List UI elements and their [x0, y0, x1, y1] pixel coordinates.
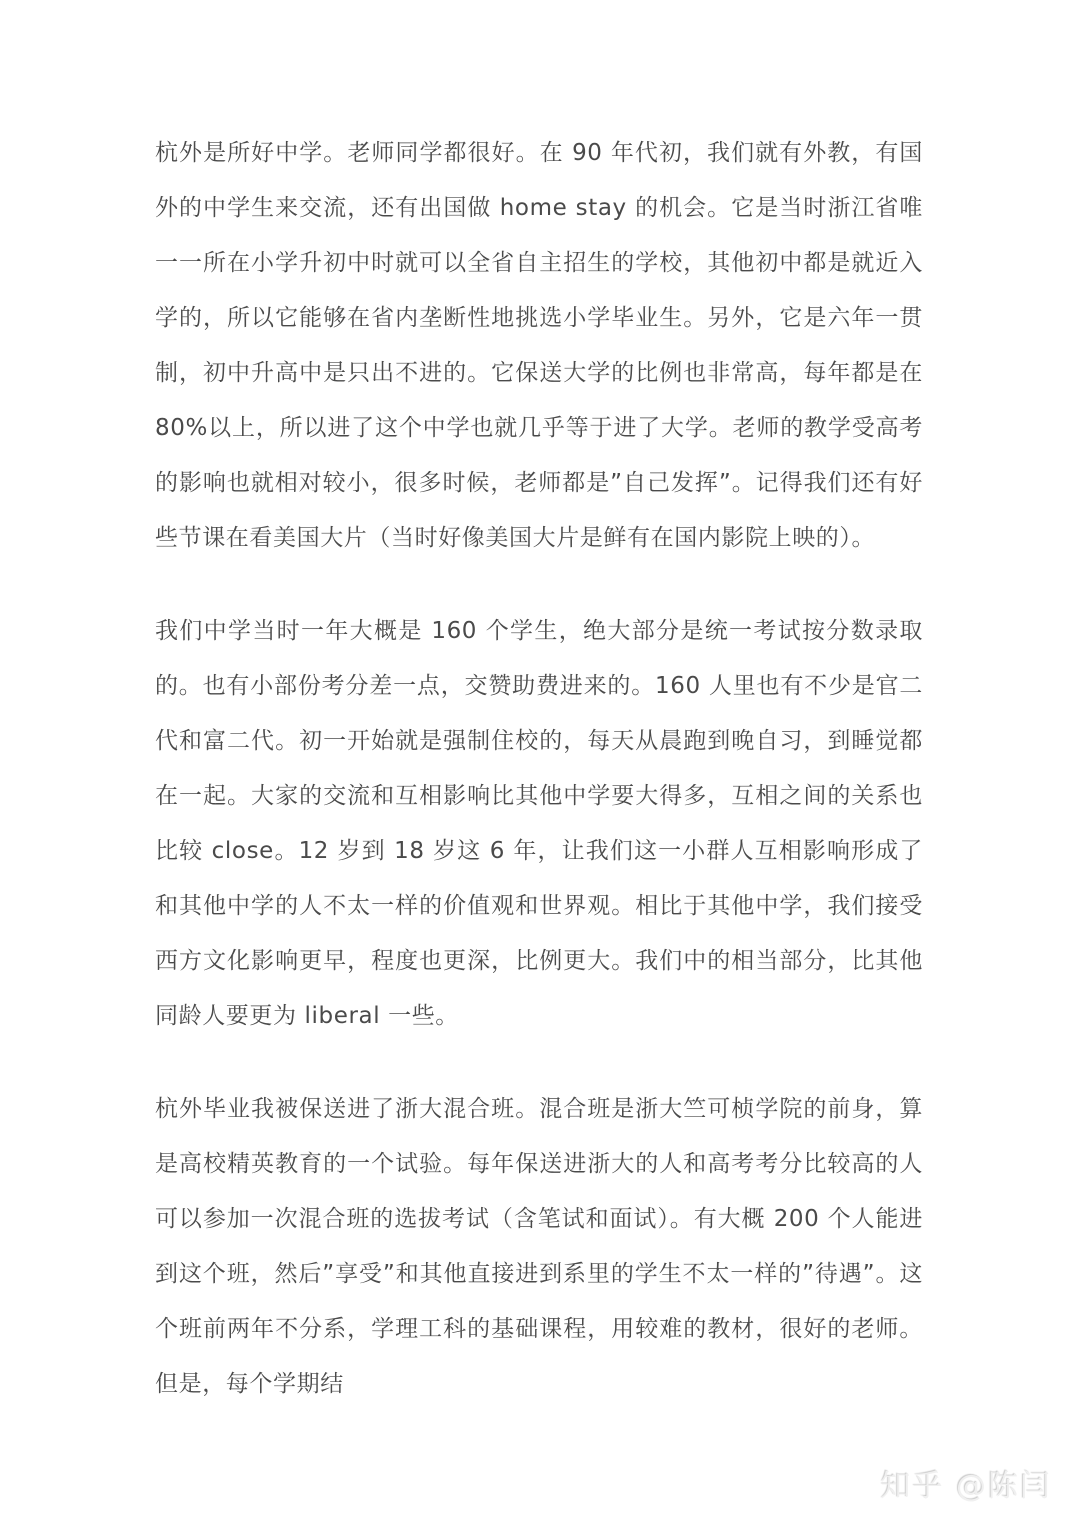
zhihu-watermark: 知乎 @陈闫 [880, 1461, 1052, 1505]
article-body: 杭外是所好中学。老师同学都很好。在 90 年代初，我们就有外教，有国外的中学生来… [155, 126, 923, 1450]
article-paragraph-2: 我们中学当时一年大概是 160 个学生，绝大部分是统一考试按分数录取的。也有小部… [155, 604, 923, 1044]
article-page: 杭外是所好中学。老师同学都很好。在 90 年代初，我们就有外教，有国外的中学生来… [0, 0, 1080, 1527]
article-paragraph-1: 杭外是所好中学。老师同学都很好。在 90 年代初，我们就有外教，有国外的中学生来… [155, 126, 923, 566]
article-paragraph-3: 杭外毕业我被保送进了浙大混合班。混合班是浙大竺可桢学院的前身，算是高校精英教育的… [155, 1082, 923, 1412]
